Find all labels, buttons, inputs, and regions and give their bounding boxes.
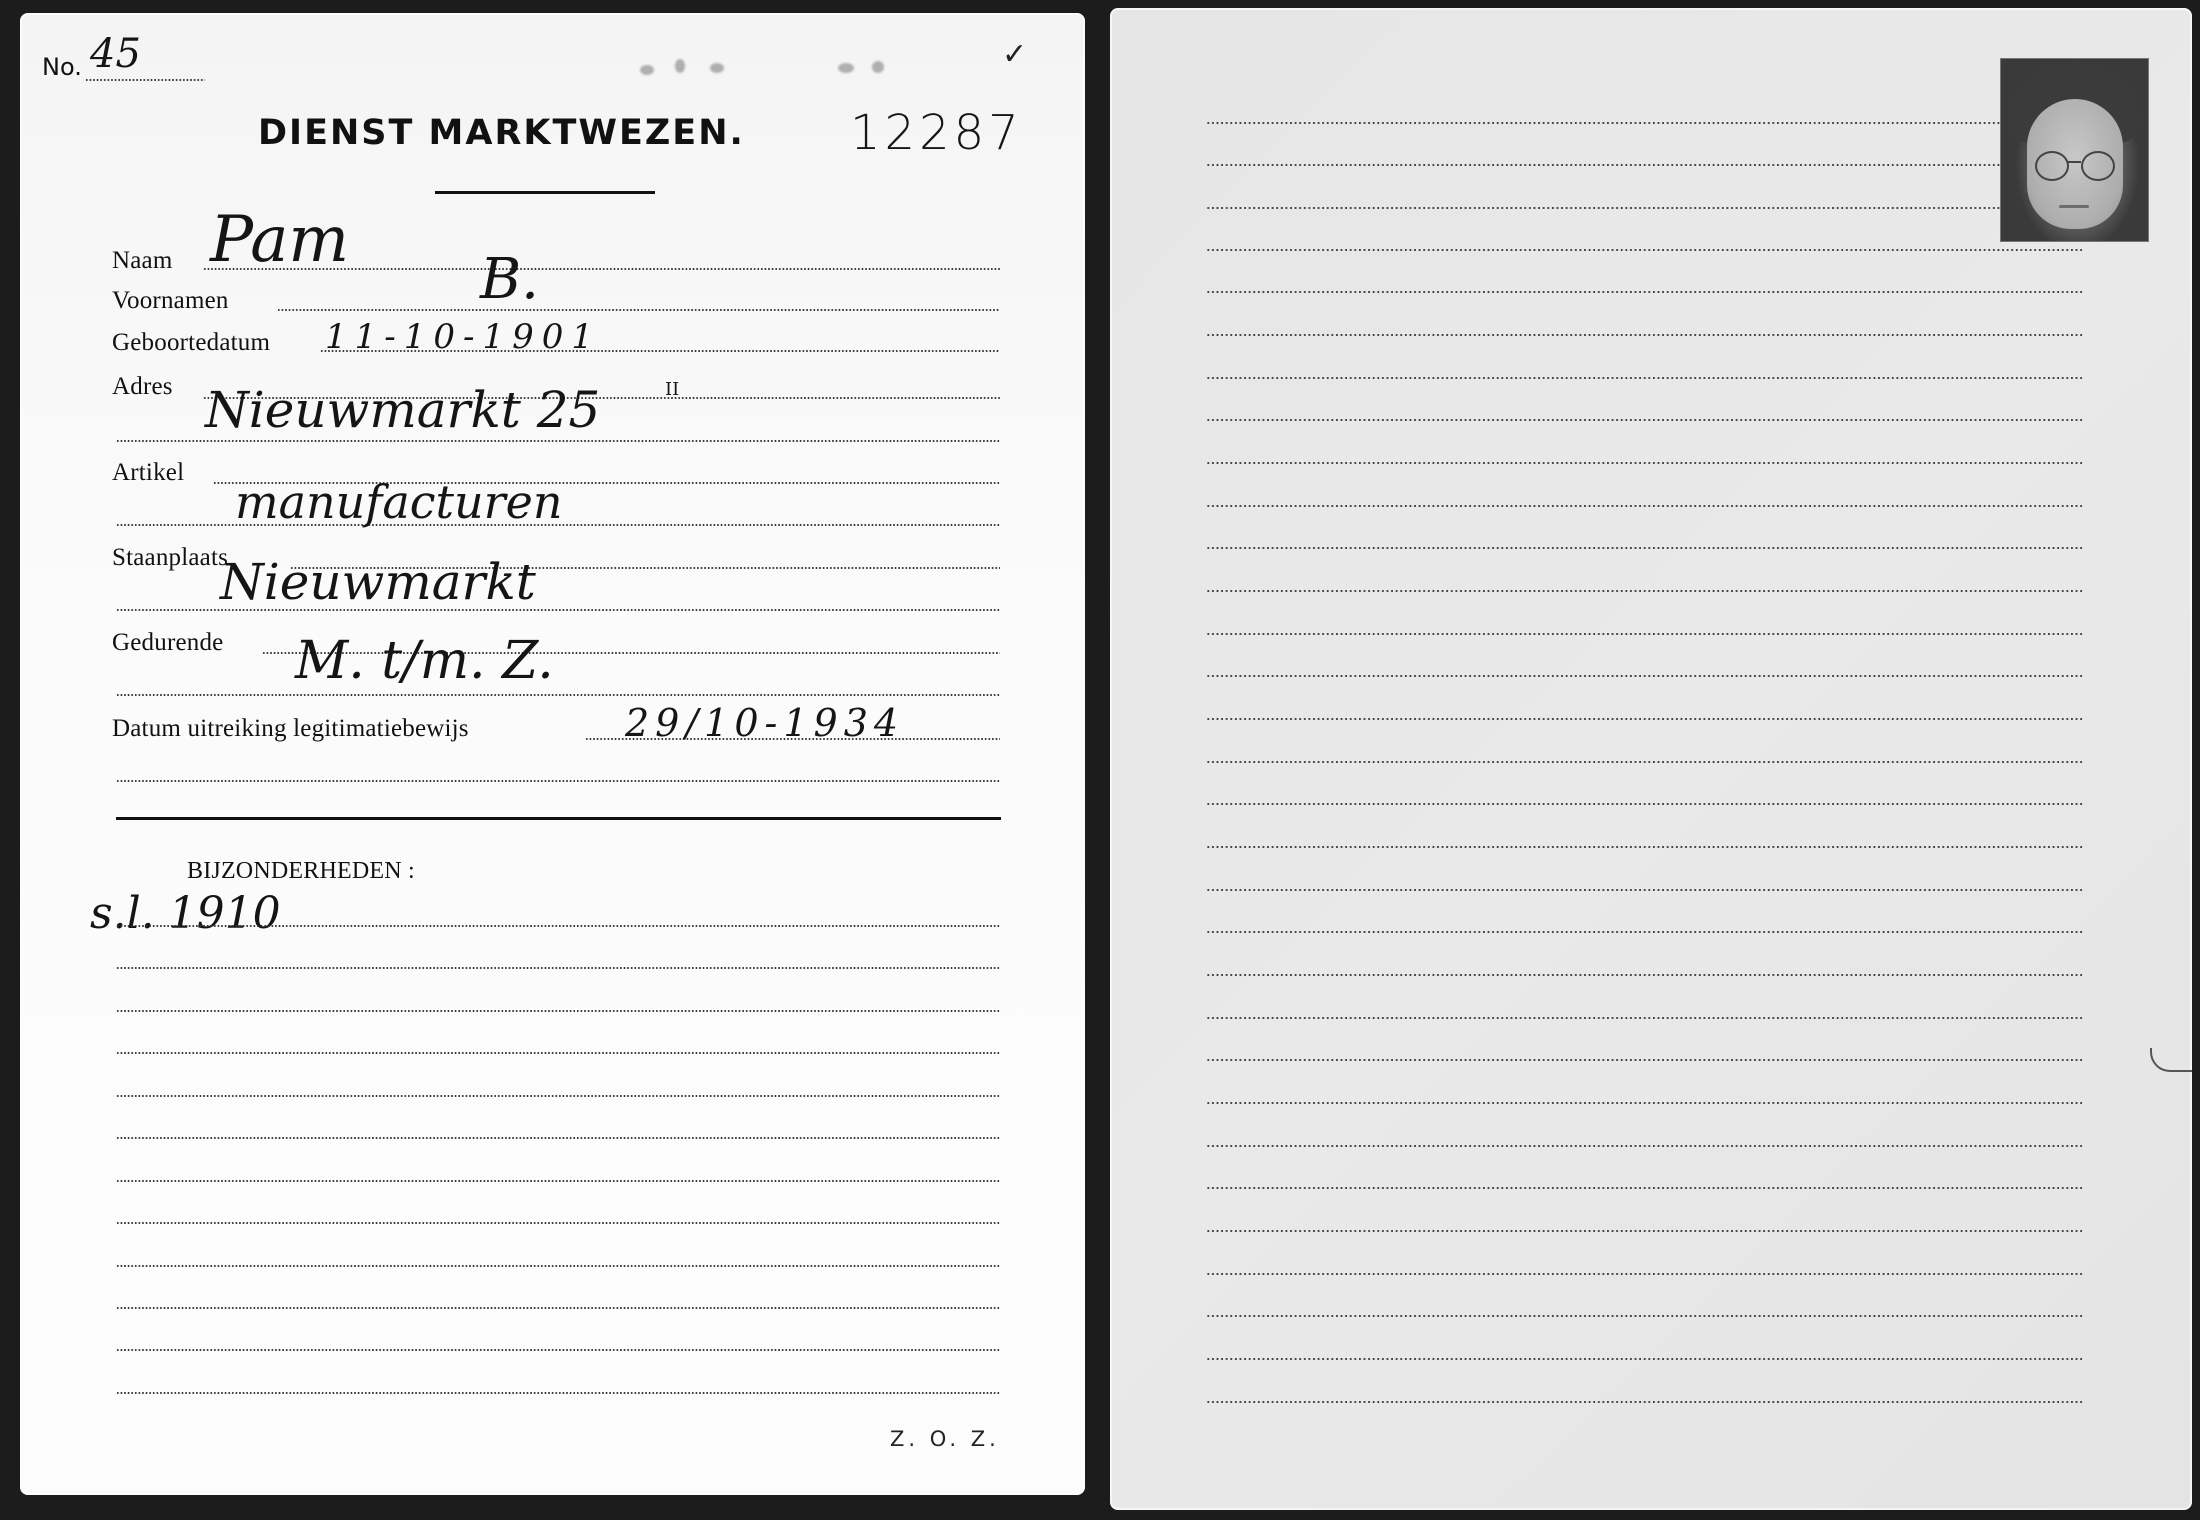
field-label-artikel: Artikel — [112, 459, 184, 487]
back-line[interactable] — [1206, 633, 2083, 635]
title-underline — [435, 191, 655, 194]
remarks-heading: BIJZONDERHEDEN : — [187, 858, 415, 885]
remarks-line[interactable] — [116, 967, 1000, 969]
remarks-line[interactable] — [116, 1010, 1000, 1012]
back-line[interactable] — [1206, 547, 2083, 549]
back-line[interactable] — [1206, 974, 2083, 976]
back-line[interactable] — [1206, 1145, 2083, 1147]
number-value: 45 — [90, 31, 141, 77]
back-line[interactable] — [1206, 334, 2083, 336]
field-label-naam: Naam — [112, 247, 173, 275]
back-line[interactable] — [1206, 122, 2001, 124]
back-line[interactable] — [1206, 207, 2001, 209]
remarks-value: s.l. 1910 — [90, 888, 281, 939]
back-line[interactable] — [1206, 377, 2083, 379]
field-label-voornamen: Voornamen — [112, 287, 229, 315]
back-line[interactable] — [1206, 1358, 2083, 1360]
field-label-gedurende: Gedurende — [112, 629, 223, 657]
field-line-datum-uitreiking-2[interactable] — [116, 780, 1000, 782]
back-line[interactable] — [1206, 291, 2083, 293]
back-line[interactable] — [1206, 1273, 2083, 1275]
number-label: No. — [42, 53, 82, 81]
remarks-line[interactable] — [116, 1265, 1000, 1267]
back-line[interactable] — [1206, 1315, 2083, 1317]
back-line[interactable] — [1206, 718, 2083, 720]
portrait-photo — [2000, 58, 2149, 242]
back-line[interactable] — [1206, 1102, 2083, 1104]
remarks-line[interactable] — [116, 1137, 1000, 1139]
back-line[interactable] — [1206, 1230, 2083, 1232]
paper-scratch — [2150, 1048, 2192, 1072]
back-line[interactable] — [1206, 889, 2083, 891]
field-line-voornamen[interactable] — [277, 309, 1000, 311]
glasses-icon — [2081, 151, 2115, 181]
field-value-artikel: manufacturen — [235, 475, 562, 529]
back-line[interactable] — [1206, 931, 2083, 933]
back-line[interactable] — [1206, 675, 2083, 677]
field-label-geboortedatum: Geboortedatum — [112, 329, 270, 357]
field-line-adres-2[interactable] — [116, 440, 1000, 442]
back-line[interactable] — [1206, 590, 2083, 592]
turn-over-note: Z. O. Z. — [890, 1427, 1000, 1451]
back-line[interactable] — [1206, 803, 2083, 805]
field-value-staanplaats: Nieuwmarkt — [220, 553, 536, 611]
remarks-line[interactable] — [116, 1349, 1000, 1351]
field-value-adres: Nieuwmarkt 25 — [205, 381, 600, 439]
back-line[interactable] — [1206, 1059, 2083, 1061]
field-label-datum-uitreiking: Datum uitreiking legitimatiebewijs — [112, 715, 469, 743]
remarks-line[interactable] — [116, 1180, 1000, 1182]
back-line[interactable] — [1206, 505, 2083, 507]
page-title: DIENST MARKTWEZEN. — [258, 113, 745, 153]
remarks-line[interactable] — [116, 1307, 1000, 1309]
field-label-adres: Adres — [112, 373, 173, 401]
field-value-adres-floor: II — [665, 379, 679, 400]
back-line[interactable] — [1206, 419, 2083, 421]
field-value-naam: Pam — [210, 203, 349, 277]
field-value-geboortedatum: 11-10-1901 — [325, 317, 601, 357]
back-line[interactable] — [1206, 462, 2083, 464]
back-line[interactable] — [1206, 164, 2001, 166]
back-line[interactable] — [1206, 761, 2083, 763]
field-value-voornamen: B. — [480, 247, 539, 312]
register-number: 12287 — [850, 105, 1023, 161]
remarks-line[interactable] — [116, 1392, 1000, 1394]
field-value-datum-uitreiking: 29/10-1934 — [625, 701, 904, 745]
registration-card-back — [1110, 8, 2192, 1510]
back-line[interactable] — [1206, 249, 2083, 251]
remarks-line[interactable] — [116, 1222, 1000, 1224]
remarks-line[interactable] — [116, 1095, 1000, 1097]
back-line[interactable] — [1206, 1401, 2083, 1403]
remarks-line[interactable] — [116, 1052, 1000, 1054]
field-line-gedurende-2[interactable] — [116, 694, 1000, 696]
field-label-staanplaats: Staanplaats — [112, 544, 228, 572]
back-line[interactable] — [1206, 1017, 2083, 1019]
remarks-line[interactable] — [116, 925, 1000, 927]
number-line — [85, 79, 205, 81]
registration-card-front: No. 45 ✓ DIENST MARKTWEZEN. 12287 Naam P… — [20, 13, 1085, 1495]
back-line[interactable] — [1206, 846, 2083, 848]
back-line[interactable] — [1206, 1187, 2083, 1189]
section-divider — [116, 817, 1001, 820]
field-value-gedurende: M. t/m. Z. — [295, 631, 554, 691]
checkmark-icon: ✓ — [1002, 37, 1027, 72]
glasses-icon — [2035, 151, 2069, 181]
